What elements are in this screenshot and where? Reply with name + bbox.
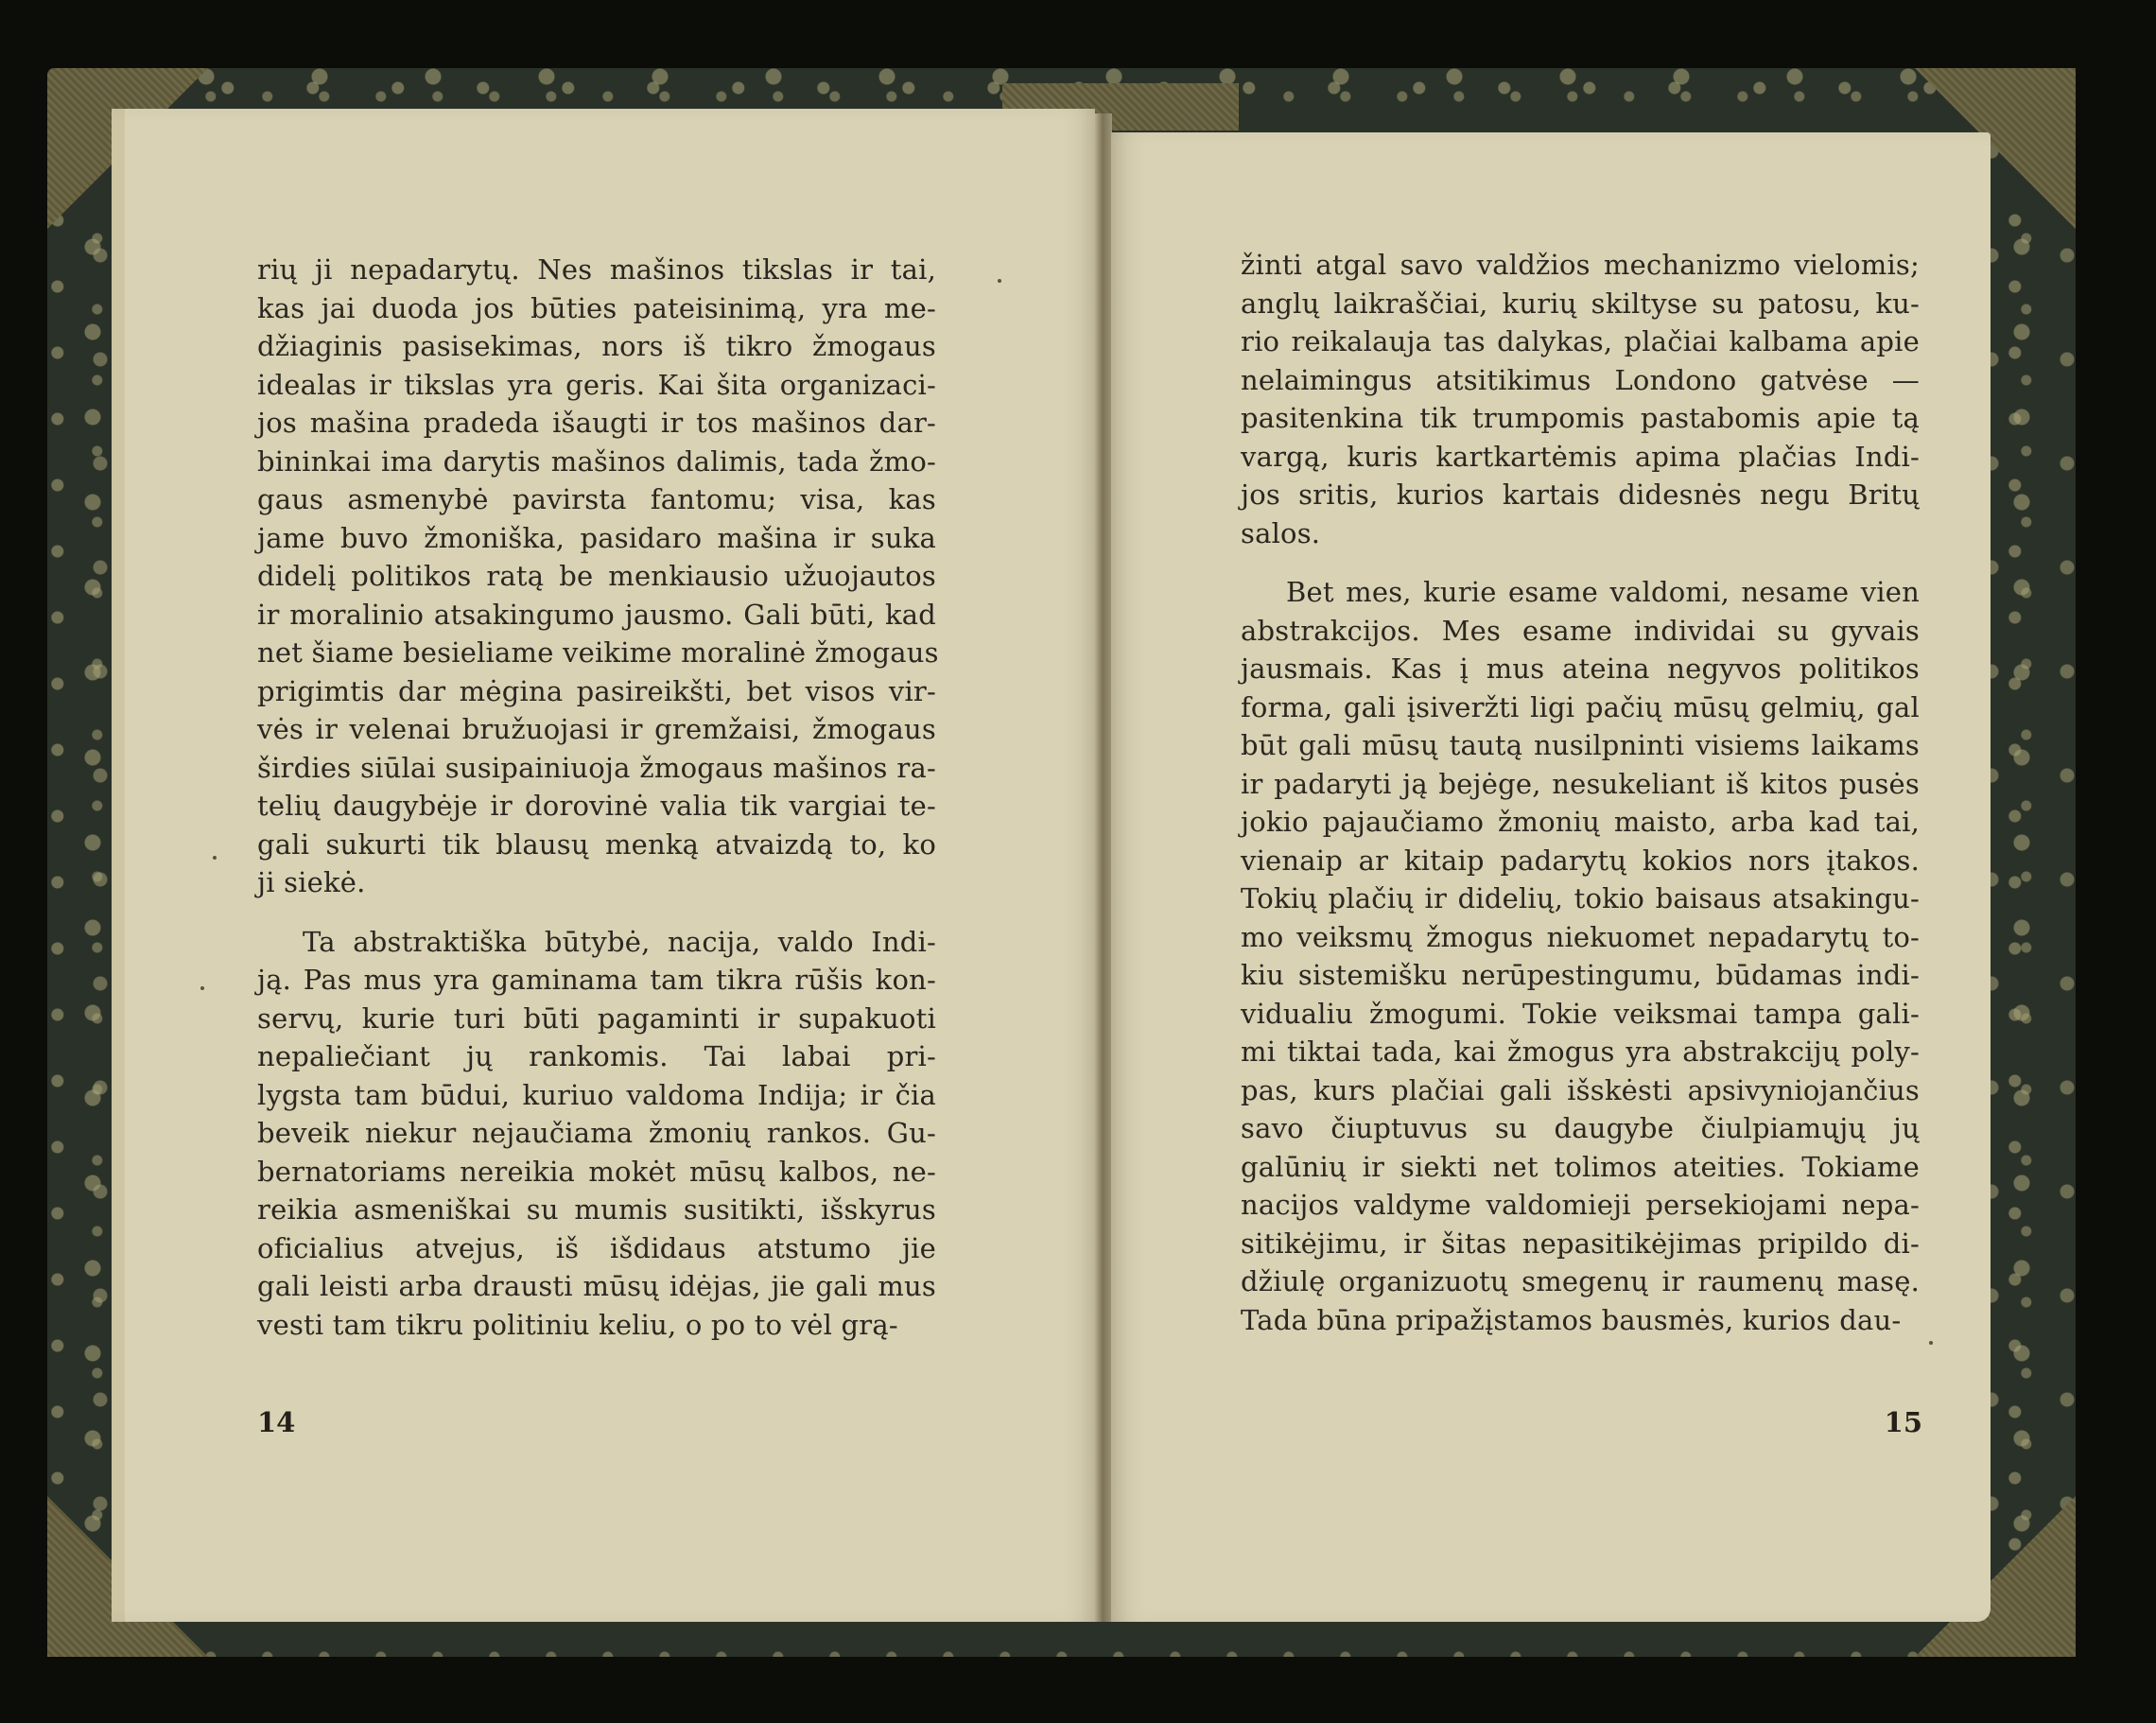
text-line: ji siekė.: [257, 863, 936, 902]
text-line: džiaginis pasisekimas, nors iš tikro žmo…: [257, 327, 936, 366]
text-line: nelaimingus atsitikimus Londono gatvėse …: [1241, 361, 1920, 400]
paper-speck: [213, 856, 217, 860]
text-line: širdies siūlai susipainiuoja žmogaus maš…: [257, 749, 936, 788]
left-page-text: rių ji nepadarytų. Nes mašinos tikslas i…: [257, 251, 936, 1344]
page-number-right: 15: [1885, 1406, 1922, 1438]
text-line: ir padaryti ją bejėge, nesukeliant iš ki…: [1241, 765, 1920, 804]
text-line: gaus asmenybė pavirsta fantomu; visa, ka…: [257, 480, 936, 519]
left-page: rių ji nepadarytų. Nes mašinos tikslas i…: [112, 109, 1095, 1622]
text-line: didelį politikos ratą be menkiausio užuo…: [257, 557, 936, 596]
text-line: prigimtis dar mėgina pasireikšti, bet vi…: [257, 672, 936, 711]
text-line: jokio pajaučiamo žmonių maisto, arba kad…: [1241, 803, 1920, 842]
text-line: savo čiuptuvus su daugybe čiulpiamųjų jų: [1241, 1109, 1920, 1148]
text-line: pas, kurs plačiai gali išskėsti apsivyni…: [1241, 1071, 1920, 1110]
text-line: sitikėjimu, ir šitas nepasitikėjimas pri…: [1241, 1225, 1920, 1263]
text-line: idealas ir tikslas yra geris. Kai šita o…: [257, 366, 936, 405]
text-line: vės ir velenai bružuojasi ir gremžaisi, …: [257, 710, 936, 749]
text-line: mi tiktai tada, kai žmogus yra abstrakci…: [1241, 1033, 1920, 1071]
text-line: forma, gali įsiveržti ligi pačių mūsų ge…: [1241, 688, 1920, 727]
text-line: rių ji nepadarytų. Nes mašinos tikslas i…: [257, 251, 936, 289]
text-line: Bet mes, kurie esame valdomi, nesame vie…: [1241, 573, 1920, 612]
text-line: abstrakcijos. Mes esame individai su gyv…: [1241, 612, 1920, 651]
text-line: vidualiu žmogumi. Tokie veiksmai tampa g…: [1241, 995, 1920, 1034]
text-line: beveik niekur nejaučiama žmonių rankos. …: [257, 1114, 936, 1153]
text-line: žinti atgal savo valdžios mechanizmo vie…: [1241, 246, 1920, 285]
paper-speck: [1929, 1341, 1933, 1345]
text-line: ją. Pas mus yra gaminama tam tikra rūšis…: [257, 961, 936, 1000]
paragraph-gap: [1241, 552, 1920, 573]
text-line: jos mašina pradeda išaugti ir tos mašino…: [257, 404, 936, 443]
text-line: džiulę organizuotų smegenų ir raumenų ma…: [1241, 1262, 1920, 1301]
paragraph: rių ji nepadarytų. Nes mašinos tikslas i…: [257, 251, 936, 902]
page-number-left: 14: [257, 1406, 295, 1438]
text-line: jausmais. Kas į mus ateina negyvos polit…: [1241, 650, 1920, 688]
text-line: anglų laikraščiai, kurių skiltyse su pat…: [1241, 285, 1920, 323]
paper-speck: [998, 279, 1001, 283]
text-line: bernatoriams nereikia mokėt mūsų kalbos,…: [257, 1153, 936, 1192]
text-line: jos sritis, kurios kartais didesnės negu…: [1241, 476, 1920, 514]
text-line: rio reikalauja tas dalykas, plačiai kalb…: [1241, 322, 1920, 361]
paragraph: Ta abstraktiška būtybė, nacija, valdo In…: [257, 923, 936, 1345]
text-line: vargą, kuris kartkartėmis apima plačias …: [1241, 438, 1920, 477]
text-line: būt gali mūsų tautą nusilpninti visiems …: [1241, 726, 1920, 765]
text-line: nacijos valdyme valdomieji persekiojami …: [1241, 1186, 1920, 1225]
text-line: reikia asmeniškai su mumis susitikti, iš…: [257, 1191, 936, 1229]
text-line: telių daugybėje ir dorovinė valia tik va…: [257, 787, 936, 826]
text-line: vienaip ar kitaip padarytų kokios nors į…: [1241, 842, 1920, 880]
text-line: net šiame besieliame veikime moralinė žm…: [257, 634, 936, 672]
text-line: galūnių ir siekti net tolimos ateities. …: [1241, 1148, 1920, 1187]
paragraph-gap: [257, 902, 936, 923]
book-gutter: [1095, 113, 1112, 1622]
text-line: ir moralinio atsakingumo jausmo. Gali bū…: [257, 596, 936, 635]
text-line: lygsta tam būdui, kuriuo valdoma Indija;…: [257, 1076, 936, 1115]
right-page: žinti atgal savo valdžios mechanizmo vie…: [1111, 132, 1991, 1622]
text-line: vesti tam tikru politiniu keliu, o po to…: [257, 1306, 936, 1345]
paper-speck: [200, 986, 204, 990]
text-line: gali sukurti tik blausų menką atvaizdą t…: [257, 826, 936, 864]
text-line: salos.: [1241, 514, 1920, 553]
text-line: Tada būna pripažįstamos bausmės, kurios …: [1241, 1301, 1920, 1340]
text-line: pasitenkina tik trumpomis pastabomis api…: [1241, 399, 1920, 438]
text-line: gali leisti arba drausti mūsų idėjas, ji…: [257, 1267, 936, 1306]
text-line: servų, kurie turi būti pagaminti ir supa…: [257, 1000, 936, 1038]
text-line: Tokių plačių ir didelių, tokio baisaus a…: [1241, 879, 1920, 918]
paragraph: Bet mes, kurie esame valdomi, nesame vie…: [1241, 573, 1920, 1339]
text-line: mo veiksmų žmogus niekuomet nepadarytų t…: [1241, 918, 1920, 957]
text-line: bininkai ima darytis mašinos dalimis, ta…: [257, 443, 936, 481]
text-line: jame buvo žmoniška, pasidaro mašina ir s…: [257, 519, 936, 558]
text-line: kiu sistemišku nerūpestingumu, būdamas i…: [1241, 956, 1920, 995]
paragraph: žinti atgal savo valdžios mechanizmo vie…: [1241, 246, 1920, 552]
text-line: oficialius atvejus, iš išdidaus atstumo …: [257, 1229, 936, 1268]
text-line: kas jai duoda jos būties pateisinimą, yr…: [257, 289, 936, 328]
right-page-text: žinti atgal savo valdžios mechanizmo vie…: [1241, 246, 1920, 1339]
text-line: nepaliečiant jų rankomis. Tai labai pri-: [257, 1037, 936, 1076]
text-line: Ta abstraktiška būtybė, nacija, valdo In…: [257, 923, 936, 962]
